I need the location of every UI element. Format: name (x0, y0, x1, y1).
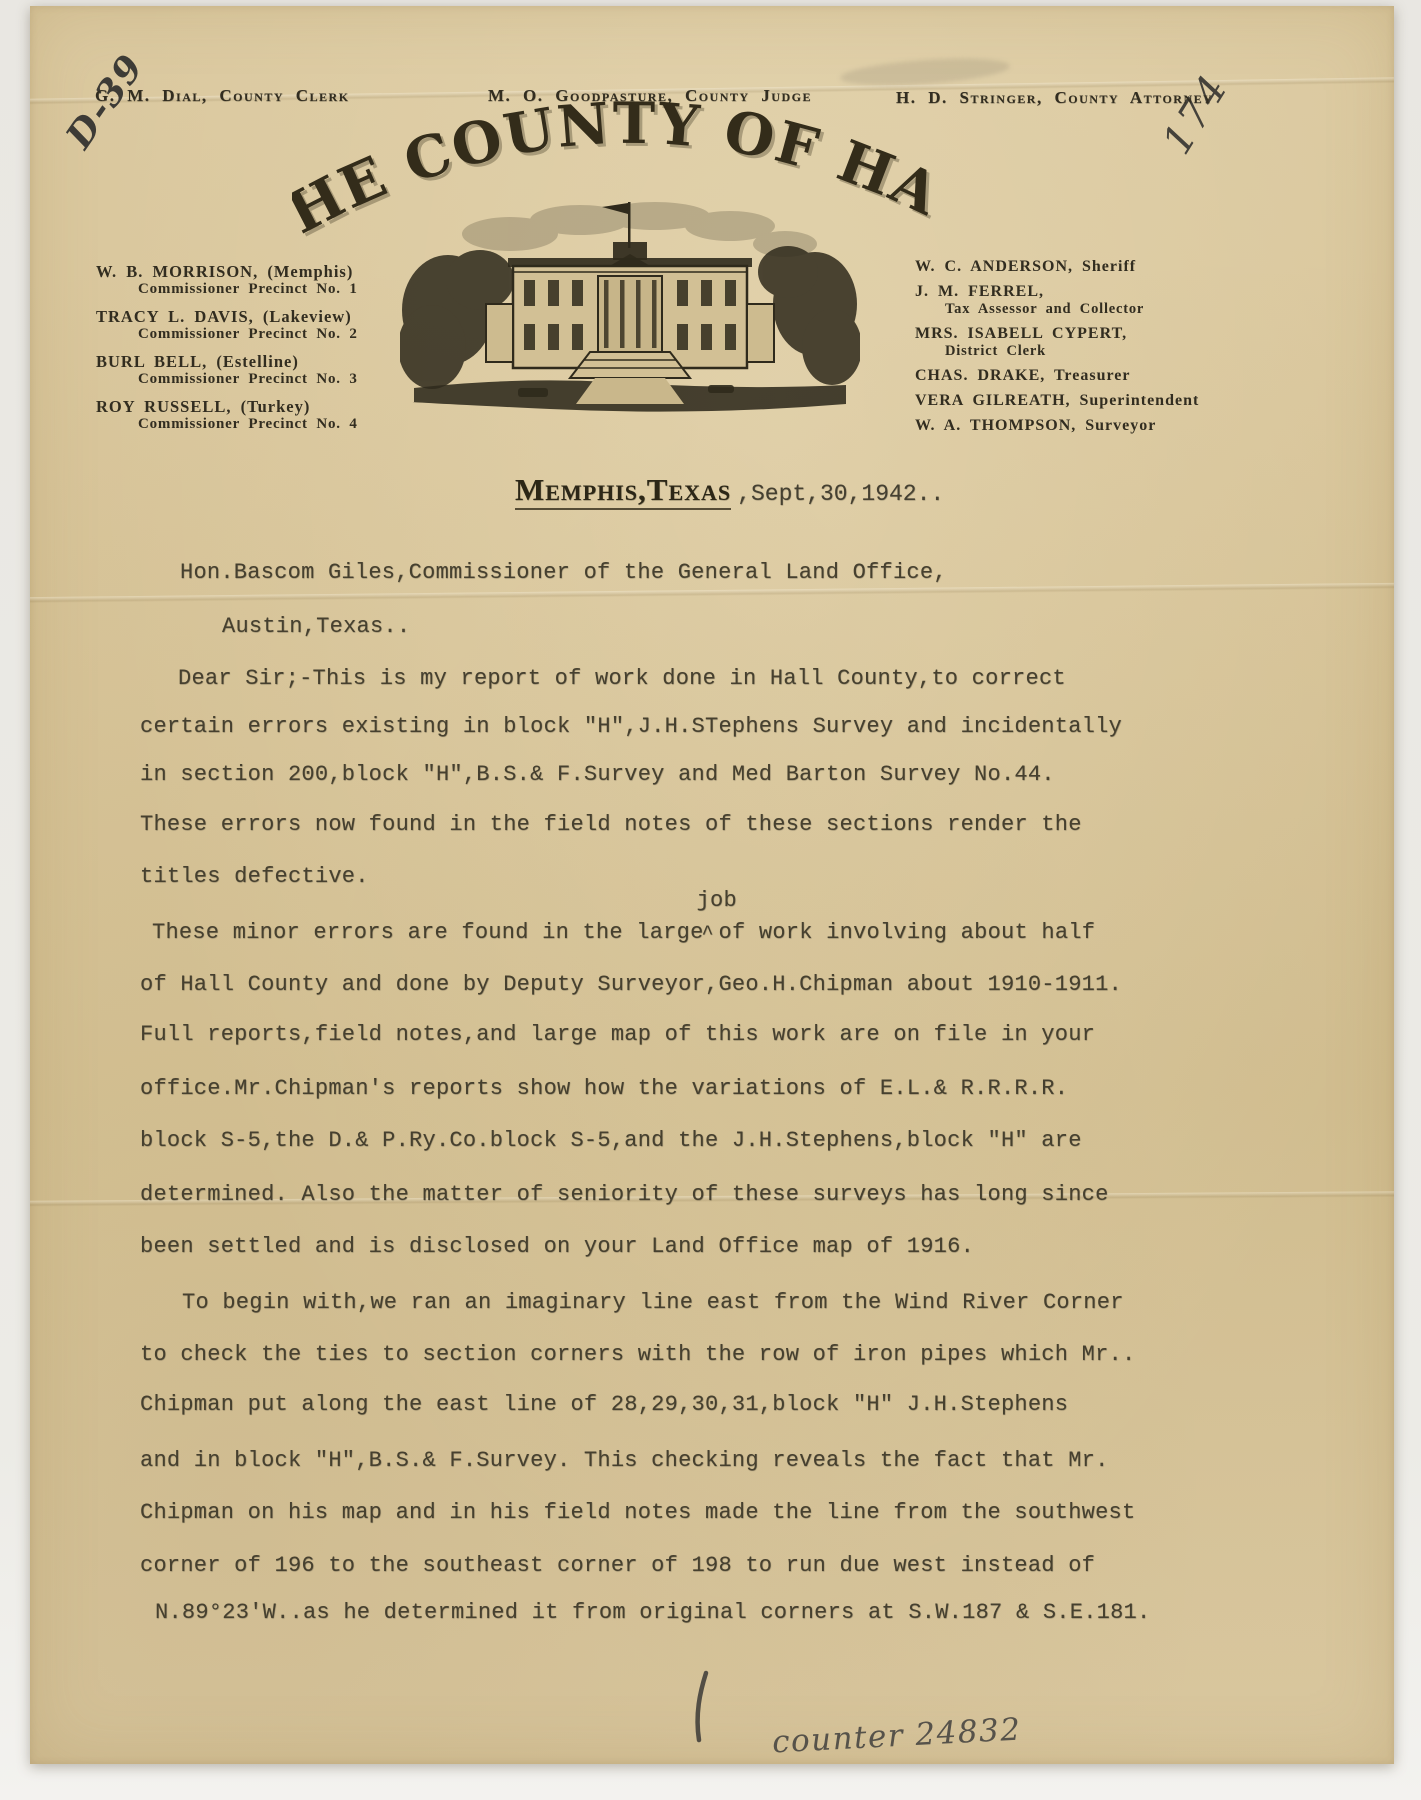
scanned-letter-page: D-39 174 G. M. Dial, County Clerk M. O. … (0, 0, 1421, 1800)
letter-line: block S-5,the D.& P.Ry.Co.block S-5,and … (140, 1128, 1082, 1153)
letter-line: been settled and is disclosed on your La… (140, 1234, 974, 1259)
official-name: J. M. FERREL, (915, 283, 1199, 301)
official-entry: W. A. THOMPSON, Surveyor (915, 417, 1199, 435)
commissioner-entry: TRACY L. DAVIS, (Lakeview) Commissioner … (96, 307, 358, 343)
commissioner-title: Commissioner Precinct No. 4 (96, 416, 358, 433)
official-entry: MRS. ISABELL CYPERT, District Clerk (915, 325, 1199, 360)
inserted-word: job (697, 888, 737, 913)
commissioner-name: W. B. MORRISON, (Memphis) (96, 262, 358, 281)
courthouse-engraving-illustration (400, 192, 860, 437)
official-name: MRS. ISABELL CYPERT, (915, 325, 1199, 343)
letter-line-salutation: Dear Sir;-This is my report of work done… (178, 666, 1066, 691)
letter-line: These errors now found in the field note… (140, 812, 1082, 837)
commissioner-name: BURL BELL, (Estelline) (96, 352, 358, 371)
letter-line: to check the ties to section corners wit… (140, 1342, 1135, 1367)
letter-line: titles defective. (140, 864, 369, 889)
official-name: CHAS. DRAKE, Treasurer (915, 367, 1199, 385)
dateline-date: ,Sept,30,1942.. (737, 481, 944, 507)
dateline: Memphis,Texas,Sept,30,1942.. (515, 472, 944, 508)
letter-line: Chipman on his map and in his field note… (140, 1500, 1135, 1525)
official-title: District Clerk (915, 343, 1199, 360)
commissioner-title: Commissioner Precinct No. 2 (96, 326, 358, 343)
commissioner-name: ROY RUSSELL, (Turkey) (96, 397, 358, 416)
official-entry: J. M. FERREL, Tax Assessor and Collector (915, 283, 1199, 318)
letter-line-address-2: Austin,Texas.. (222, 614, 410, 639)
letter-line-address-1: Hon.Bascom Giles,Commissioner of the Gen… (180, 560, 947, 585)
caret-mark: ^ (702, 923, 714, 946)
letter-line: To begin with,we ran an imaginary line e… (182, 1290, 1124, 1315)
letter-line: in section 200,block "H",B.S.& F.Survey … (140, 762, 1055, 787)
letter-line: determined. Also the matter of seniority… (140, 1182, 1109, 1207)
commissioner-title: Commissioner Precinct No. 1 (96, 281, 358, 298)
commissioner-entry: BURL BELL, (Estelline) Commissioner Prec… (96, 352, 358, 388)
insertion-pre-text: These minor errors are found in the larg… (152, 920, 704, 945)
official-title: Tax Assessor and Collector (915, 301, 1199, 318)
letter-line: and in block "H",B.S.& F.Survey. This ch… (140, 1448, 1109, 1473)
dateline-place: Memphis,Texas (515, 472, 731, 510)
commissioner-title: Commissioner Precinct No. 3 (96, 371, 358, 388)
letter-line: certain errors existing in block "H",J.H… (140, 714, 1122, 739)
commissioner-entry: W. B. MORRISON, (Memphis) Commissioner P… (96, 262, 358, 298)
officials-list: W. C. ANDERSON, Sheriff J. M. FERREL, Ta… (915, 258, 1199, 442)
commissioners-list: W. B. MORRISON, (Memphis) Commissioner P… (96, 262, 358, 442)
official-name: W. C. ANDERSON, Sheriff (915, 258, 1199, 276)
insertion-post-text: of work involving about half (719, 920, 1096, 945)
commissioner-entry: ROY RUSSELL, (Turkey) Commissioner Preci… (96, 397, 358, 433)
official-name: VERA GILREATH, Superintendent (915, 392, 1199, 410)
official-entry: VERA GILREATH, Superintendent (915, 392, 1199, 410)
letter-line: Full reports,field notes,and large map o… (140, 1022, 1095, 1047)
letter-line-with-insertion: These minor errors are found in the larg… (152, 920, 1095, 945)
letter-line: N.89°23'W..as he determined it from orig… (155, 1600, 1150, 1625)
letter-line: office.Mr.Chipman's reports show how the… (140, 1076, 1068, 1101)
letter-line: of Hall County and done by Deputy Survey… (140, 972, 1122, 997)
official-name: W. A. THOMPSON, Surveyor (915, 417, 1199, 435)
letter-line: corner of 196 to the southeast corner of… (140, 1553, 1095, 1578)
commissioner-name: TRACY L. DAVIS, (Lakeview) (96, 307, 358, 326)
insertion-anchor: job^ (704, 937, 719, 938)
official-entry: CHAS. DRAKE, Treasurer (915, 367, 1199, 385)
handwritten-page-number (693, 1670, 715, 1744)
official-entry: W. C. ANDERSON, Sheriff (915, 258, 1199, 276)
letter-line: Chipman put along the east line of 28,29… (140, 1392, 1068, 1417)
